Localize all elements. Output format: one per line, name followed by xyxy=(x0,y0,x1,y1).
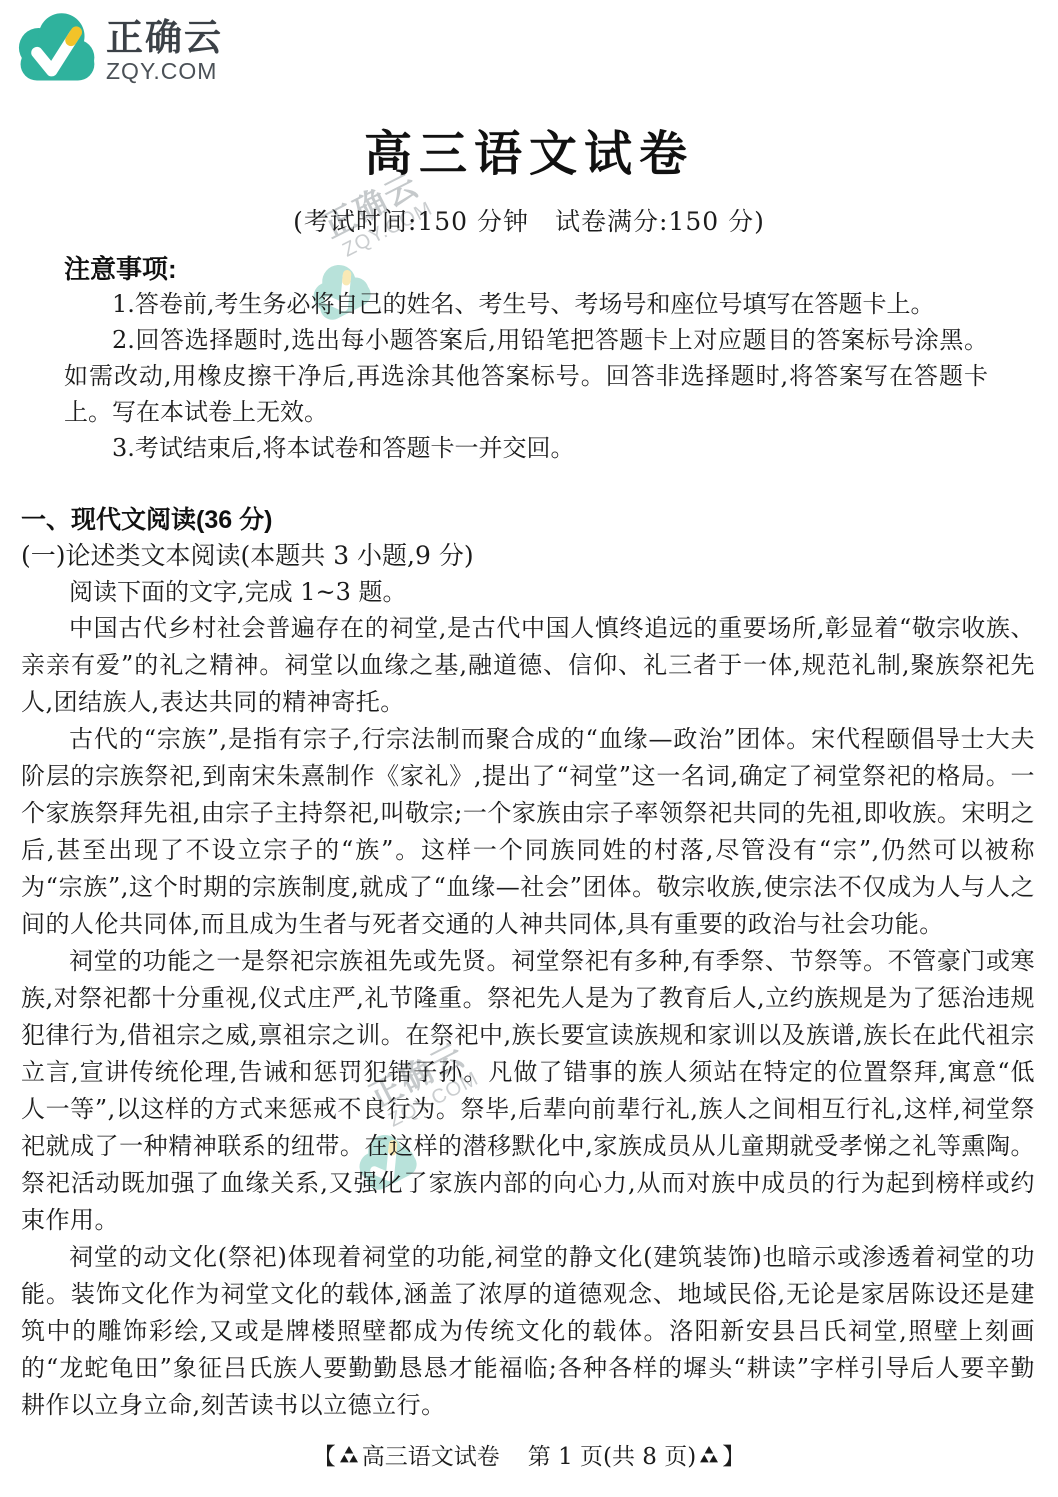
exam-paper-page: 正确云 ZQY.COM 正确云 ZQY.COM 正确云 ZQY.COM xyxy=(0,0,1058,1497)
passage-paragraph-2: 古代的“宗族”,是指有宗子,行宗法制而聚合成的“血缘—政治”团体。宋代程颐倡导士… xyxy=(21,721,1035,943)
brand-text: 正确云 ZQY.COM xyxy=(106,19,223,83)
footer-bracket-close: 】 xyxy=(722,1444,745,1470)
passage-paragraph-1: 中国古代乡村社会普遍存在的祠堂,是古代中国人慎终追远的重要场所,彰显着“敬宗收族… xyxy=(21,610,1035,721)
footer-bracket-open: 【 xyxy=(313,1444,336,1470)
subsection-heading: (一)论述类文本阅读(本题共 3 小题,9 分) xyxy=(21,538,1058,574)
triforce-icon xyxy=(699,1445,719,1463)
footer-paper-label: 高三语文试卷 xyxy=(362,1444,500,1470)
passage-paragraph-3: 祠堂的功能之一是祭祀宗族祖先或先贤。祠堂祭祀有多种,有季祭、节祭等。不管豪门或寒… xyxy=(21,943,1035,1239)
page-footer: 【高三语文试卷第 1 页(共 8 页)】 xyxy=(0,1438,1058,1471)
notice-item-3: 3.考试结束后,将本试卷和答题卡一并交回。 xyxy=(64,430,988,466)
footer-page-number: 第 1 页(共 8 页) xyxy=(528,1444,696,1470)
section-heading: 一、现代文阅读(36 分) xyxy=(21,502,1058,538)
brand-logo: 正确云 ZQY.COM xyxy=(14,8,223,94)
triforce-icon xyxy=(339,1445,359,1463)
notice-item-1: 1.答卷前,考生务必将自己的姓名、考生号、考场号和座位号填写在答题卡上。 xyxy=(64,286,988,322)
notice-section: 注意事项: 1.答卷前,考生务必将自己的姓名、考生号、考场号和座位号填写在答题卡… xyxy=(64,252,988,466)
exam-content: 高三语文试卷 (考试时间:150 分钟 试卷满分:150 分) 注意事项: 1.… xyxy=(0,0,1058,1424)
reading-instruction: 阅读下面的文字,完成 1~3 题。 xyxy=(21,574,1035,610)
brand-domain: ZQY.COM xyxy=(106,60,223,83)
exam-time-score-line: (考试时间:150 分钟 试卷满分:150 分) xyxy=(0,206,1058,238)
notice-heading: 注意事项: xyxy=(64,252,988,286)
cloud-check-logo-icon xyxy=(14,8,96,94)
modern-text-reading-section: 一、现代文阅读(36 分) (一)论述类文本阅读(本题共 3 小题,9 分) 阅… xyxy=(0,502,1058,1424)
passage-paragraph-4: 祠堂的动文化(祭祀)体现着祠堂的功能,祠堂的静文化(建筑装饰)也暗示或渗透着祠堂… xyxy=(21,1239,1035,1424)
notice-item-2: 2.回答选择题时,选出每小题答案后,用铅笔把答题卡上对应题目的答案标号涂黑。如需… xyxy=(64,322,988,430)
brand-name: 正确云 xyxy=(106,19,223,56)
